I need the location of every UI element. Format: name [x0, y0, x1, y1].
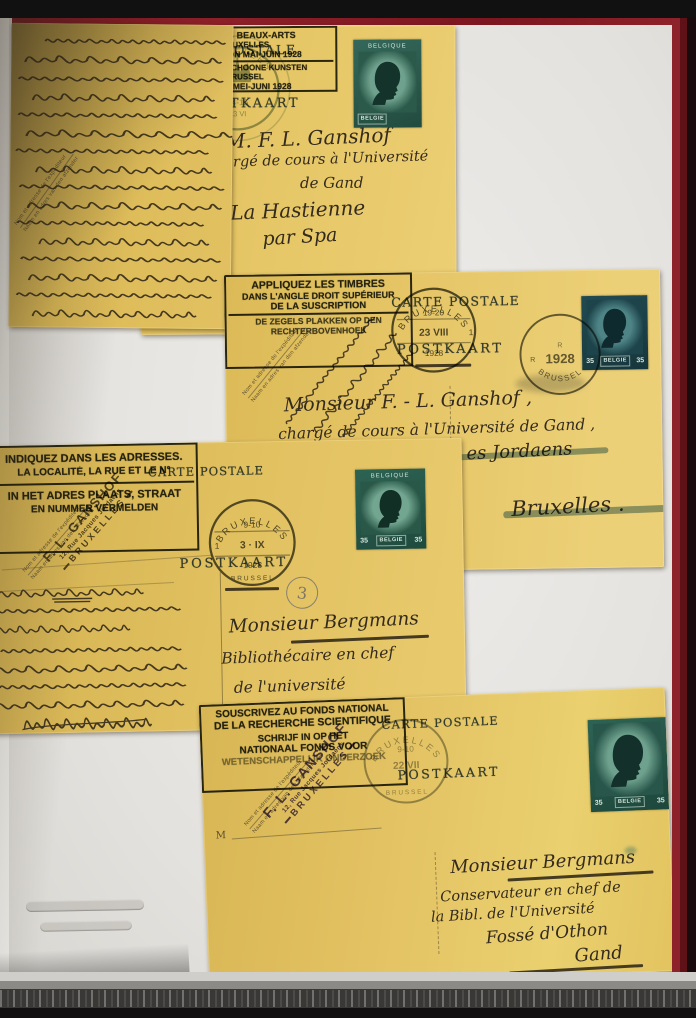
stamp-country: BELGIQUE — [358, 472, 422, 481]
embossed-mark — [40, 920, 132, 932]
imprinted-stamp: BELGIQUE BELGIE — [353, 39, 421, 127]
address-line: de Gand — [300, 174, 364, 192]
name-underline — [291, 635, 429, 644]
postcard-souscrivez: Nom et adresse de l'expéditeur Naam en a… — [199, 687, 676, 989]
king-portrait-icon — [358, 51, 416, 112]
stamp-country: BELGIQUE — [356, 42, 418, 50]
postmark-time: 9-10 — [397, 745, 414, 755]
postmark-town: BRUSSEL — [536, 366, 584, 383]
slogan-line: LA LOCALITÉ, LA RUE ET LE N° — [0, 465, 194, 479]
stamp-value: 35 — [360, 537, 368, 546]
postmark-year: 1928 — [545, 351, 575, 366]
stamp-country-bottom: BELGIE — [615, 796, 645, 808]
postmark-side: R — [557, 342, 562, 349]
slogan-line: RECHTERBOVENHOEK — [229, 324, 409, 337]
postmark-side: R — [530, 357, 535, 364]
stamp-value: 35 — [414, 536, 422, 545]
svg-text:BRUSSEL: BRUSSEL — [536, 366, 584, 383]
album-page-photo: CARTE POSTALE POSTKAART BRUXELLES 14-15 … — [0, 18, 696, 1018]
binding-glint-texture — [0, 990, 696, 1007]
stamp-country-bottom: BELGIE — [376, 535, 406, 547]
postmark-year: 1928 — [243, 560, 262, 570]
datestamp-postmark: BRUXELLES 19-20 23 VIII 1928 1 — [387, 283, 480, 376]
postmark-town-nl: BRUSSEL — [231, 575, 275, 583]
column-divider-dotted — [435, 852, 440, 954]
postmark-town-nl: BRUSSEL — [386, 788, 429, 797]
address-line: Bibliothécaire en chef — [221, 644, 394, 668]
ink-smudge — [624, 846, 636, 854]
imprinted-stamp: 35 BELGIE 35 — [588, 717, 669, 812]
address-line: par Spa — [262, 224, 338, 250]
postmark-office: 1 — [469, 328, 474, 337]
stamp-value: 35 — [657, 796, 665, 805]
king-portrait-icon — [360, 481, 421, 535]
postmark-date: 22 VII — [393, 760, 420, 772]
column-divider-line — [220, 572, 223, 712]
postmark-office: 1 — [275, 84, 280, 94]
postcard-indiquez: Nom et adresse de l'expéditeur Naam en a… — [0, 438, 466, 734]
postmark-time: 9-10 — [243, 519, 260, 529]
address-line: La Hastienne — [230, 195, 366, 224]
datestamp-postmark: BRUXELLES 9-10 3 · IX 1928 1 BRUSSEL — [204, 495, 300, 591]
postmark-date: 3 · IX — [240, 540, 265, 551]
slogan-cancel-indiquez: INDIQUEZ DANS LES ADRESSES. LA LOCALITÉ,… — [0, 443, 199, 555]
m-label: M — [216, 830, 227, 841]
address-line: Gand — [574, 942, 624, 966]
postmark-time: 19-20 — [423, 308, 445, 317]
stamp-country-bottom: BELGIE — [358, 114, 388, 125]
postmark-date: 23 VIII — [419, 327, 449, 338]
address-line: Monsieur Bergmans — [228, 608, 419, 637]
slogan-divider — [0, 481, 194, 486]
slogan-line: IN HET ADRES PLAATS, STRAAT — [0, 488, 194, 503]
postmark-office: 1 — [215, 541, 220, 551]
embossed-mark — [26, 899, 144, 912]
stamp-portrait — [360, 481, 421, 535]
card-corner-shadow — [8, 23, 233, 329]
album-border-right — [672, 18, 696, 1018]
king-portrait-icon — [593, 721, 664, 797]
stamp-country-bottom: BELGIE — [600, 355, 630, 366]
stamp-value: 35 — [595, 799, 603, 808]
postmark-year: 1928 — [425, 349, 444, 358]
stamp-value: 35 — [636, 356, 644, 365]
stamp-portrait — [593, 721, 664, 797]
imprinted-stamp: BELGIQUE 35 BELGIE 35 — [355, 469, 426, 550]
slogan-line: INDIQUEZ DANS LES ADRESSES. — [0, 451, 194, 466]
address-line: de l'université — [233, 675, 345, 697]
dash-mark — [285, 817, 292, 824]
datestamp-postmark-2: R 1928 R BRUSSEL — [515, 310, 604, 399]
sleeve-binding-strip — [0, 972, 696, 1018]
datestamp-postmark: BRUXELLES 9-10 22 VII BRUSSEL — [358, 713, 453, 808]
message-scribbles — [0, 576, 220, 732]
stamp-portrait — [358, 51, 416, 112]
postcard-handwritten: Nom et adresse de l'expéditeur Naam en a… — [8, 23, 233, 329]
slogan-line: EN NUMMER VERMELDEN — [0, 502, 195, 516]
slogan-cancel-appliquez: APPLIQUEZ LES TIMBRES DANS L'ANGLE DROIT… — [224, 272, 413, 369]
